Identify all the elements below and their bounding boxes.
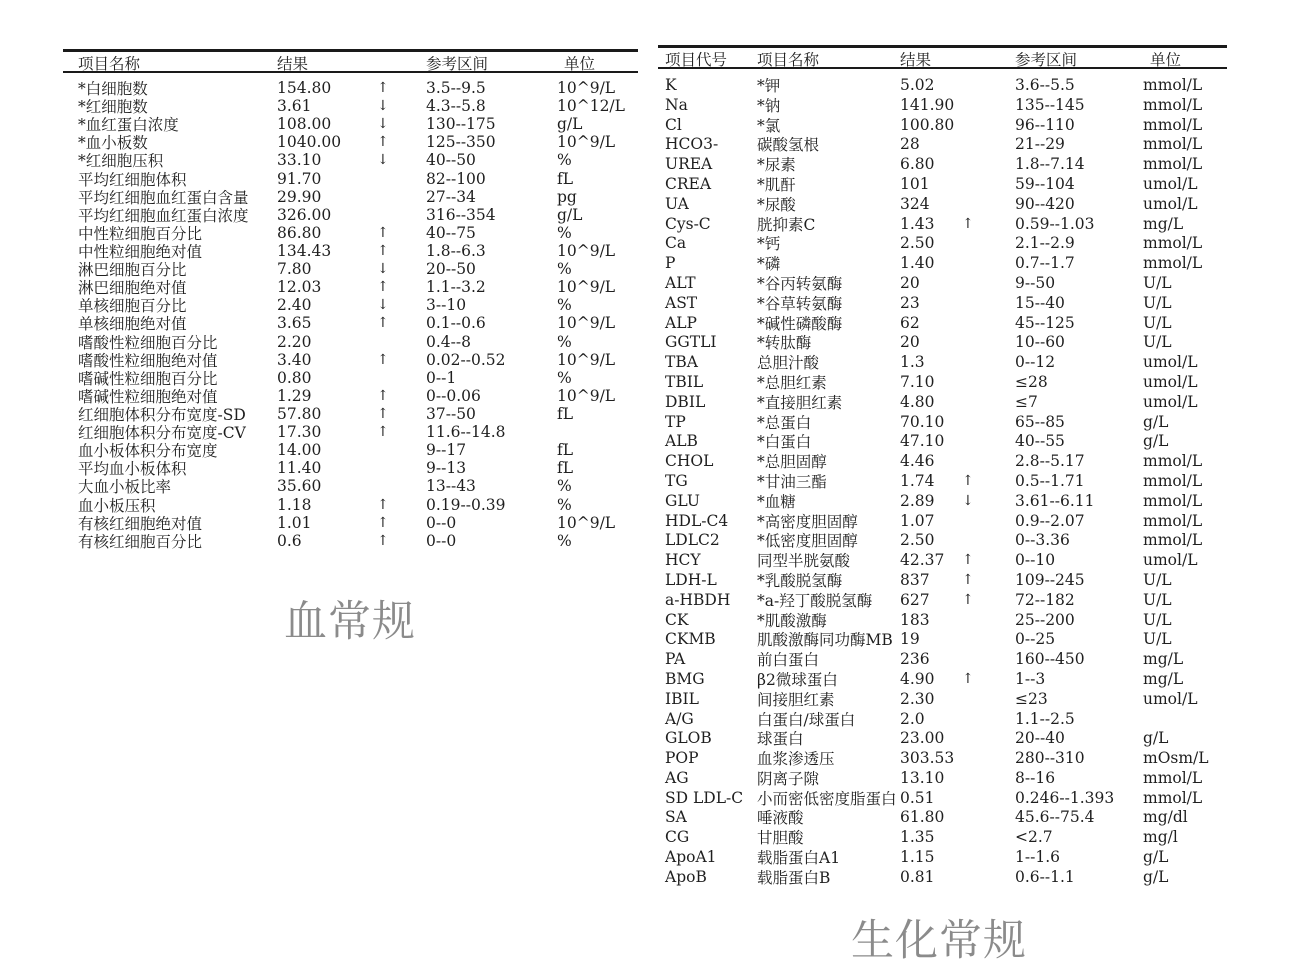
cell-unit: fL [557,405,638,423]
cell-result: 2.50 [900,234,962,252]
cell-name: *肌酸激酶 [757,609,900,631]
cell-range: 45--125 [1015,314,1143,332]
cell-result: 35.60 [277,477,377,495]
cell-flag: ↑ [377,388,426,404]
cell-code: UA [665,195,757,213]
cell-unit: U/L [1143,274,1227,292]
cell-result: 837 [900,571,962,589]
cell-result: 70.10 [900,413,962,431]
table-row: 血小板体积分布宽度14.009--17fL [63,439,638,457]
cbc-section-title: 血常规 [284,599,416,646]
cell-flag: ↑ [377,352,426,368]
cell-range: 20--50 [426,260,557,278]
cell-code: ApoA1 [665,848,757,866]
cell-result: 324 [900,195,962,213]
cell-code: ALP [665,314,757,332]
cell-unit: mmol/L [1143,789,1227,807]
cell-range: 316--354 [426,206,557,224]
cell-result: 627 [900,591,962,609]
cell-range: 8--16 [1015,769,1143,787]
cell-name: *谷丙转氨酶 [757,272,900,294]
header-item-code: 项目代号 [665,48,757,70]
cell-range: 90--420 [1015,195,1143,213]
table-row: *白细胞数154.80↑3.5--9.510^9/L [63,77,638,95]
cell-flag: ↓ [377,152,426,168]
cell-code: AST [665,294,757,312]
cell-unit: mmol/L [1143,135,1227,153]
cell-unit: % [557,151,638,169]
cell-name: *血糖 [757,490,900,512]
cell-unit: 10^9/L [557,278,638,296]
cell-result: 2.0 [900,710,962,728]
cell-result: 183 [900,611,962,629]
cell-unit: umol/L [1143,195,1227,213]
table-row: DBIL*直接胆红素4.80≤7umol/L [658,391,1227,411]
chemistry-section-title: 生化常规 [851,918,1027,965]
cell-range: 1--3 [1015,670,1143,688]
table-row: 有核红细胞百分比0.6↑0--0% [63,530,638,548]
cell-unit: mmol/L [1143,452,1227,470]
table-row: SA唾液酸61.8045.6--75.4mg/dl [658,806,1227,826]
chemistry-table: 项目代号 项目名称 结果 参考区间 单位 K*钾5.023.6--5.5mmol… [658,45,1227,886]
table-row: *红细胞数3.61↓4.3--5.810^12/L [63,95,638,113]
cell-unit: U/L [1143,294,1227,312]
cell-unit: mg/L [1143,670,1227,688]
cell-name: *总胆红素 [757,371,900,393]
cell-name: *碱性磷酸酶 [757,312,900,334]
cell-unit: g/L [1143,729,1227,747]
cell-code: HCY [665,551,757,569]
cell-unit: mmol/L [1143,254,1227,272]
table-row: ApoA1载脂蛋白A11.151--1.6g/L [658,846,1227,866]
cell-result: 33.10 [277,151,377,169]
cell-unit: umol/L [1143,373,1227,391]
cell-unit: 10^9/L [557,314,638,332]
cell-range: 0--10 [1015,551,1143,569]
cell-result: 23.00 [900,729,962,747]
cell-range: 65--85 [1015,413,1143,431]
cell-flag: ↑ [377,406,426,422]
table-row: CREA*肌酐10159--104umol/L [658,173,1227,193]
cell-flag: ↑ [377,497,426,513]
cell-unit: pg [557,188,638,206]
cell-unit: g/L [1143,848,1227,866]
cell-range: 20--40 [1015,729,1143,747]
cell-unit: 10^9/L [557,133,638,151]
cell-unit: umol/L [1143,690,1227,708]
cell-range: 135--145 [1015,96,1143,114]
cell-result: 7.10 [900,373,962,391]
cell-result: 2.30 [900,690,962,708]
cell-name: 间接胆红素 [757,688,900,710]
cell-unit: 10^9/L [557,387,638,405]
cell-unit: mg/L [1143,215,1227,233]
table-row: 平均红细胞体积91.7082--100fL [63,168,638,186]
table-row: CKMB肌酸激酶同功酶MB190--25U/L [658,628,1227,648]
cell-name: 碳酸氢根 [757,133,900,155]
cell-name: 小而密低密度脂蛋白 [757,787,900,809]
cell-result: 1.15 [900,848,962,866]
cell-code: SD LDL-C [665,789,757,807]
cell-name: 甘胆酸 [757,826,900,848]
table-row: Na*钠141.90135--145mmol/L [658,94,1227,114]
cell-flag: ↓ [377,297,426,313]
cell-unit: mmol/L [1143,76,1227,94]
cell-result: 7.80 [277,260,377,278]
cell-flag: ↑ [962,552,1015,568]
cell-unit: % [557,296,638,314]
cell-name: *钠 [757,94,900,116]
cell-flag: ↑ [962,216,1015,232]
cell-unit: fL [557,441,638,459]
cell-name: *白蛋白 [757,430,900,452]
cell-name: *总蛋白 [757,411,900,433]
cell-range: 45.6--75.4 [1015,808,1143,826]
cell-range: 0--25 [1015,630,1143,648]
cell-result: 1.07 [900,512,962,530]
cell-result: 61.80 [900,808,962,826]
table-row: TBA总胆汁酸1.30--12umol/L [658,351,1227,371]
table-row: 中性粒细胞绝对值134.43↑1.8--6.310^9/L [63,240,638,258]
cell-flag: ↑ [377,243,426,259]
table-row: *红细胞压积33.10↓40--50% [63,149,638,167]
table-row: 嗜碱性粒细胞绝对值1.29↑0--0.0610^9/L [63,385,638,403]
cell-unit: mmol/L [1143,234,1227,252]
cell-range: 0.9--2.07 [1015,512,1143,530]
header-ref-range: 参考区间 [426,52,557,74]
cell-range: 40--55 [1015,432,1143,450]
table-row: AST*谷草转氨酶2315--40U/L [658,292,1227,312]
cell-name: *磷 [757,252,900,274]
cell-range: 1.8--7.14 [1015,155,1143,173]
cell-name: *谷草转氨酶 [757,292,900,314]
cell-unit: 10^9/L [557,242,638,260]
cell-name: 有核红细胞百分比 [78,530,277,552]
cell-unit: umol/L [1143,353,1227,371]
cell-result: 141.90 [900,96,962,114]
cbc-table-header: 项目名称 结果 参考区间 单位 [63,49,638,73]
table-row: HDL-C4*高密度胆固醇1.070.9--2.07mmol/L [658,510,1227,530]
cell-range: 40--50 [426,151,557,169]
cell-flag: ↑ [377,279,426,295]
cell-range: 9--17 [426,441,557,459]
cell-range: 3.5--9.5 [426,79,557,97]
cell-name: *乳酸脱氢酶 [757,569,900,591]
cell-result: 12.03 [277,278,377,296]
cell-flag: ↑ [962,671,1015,687]
table-row: 淋巴细胞绝对值12.03↑1.1--3.210^9/L [63,276,638,294]
cell-code: BMG [665,670,757,688]
cell-name: 阴离子隙 [757,767,900,789]
cell-unit: g/L [1143,432,1227,450]
cell-code: CKMB [665,630,757,648]
cell-result: 4.80 [900,393,962,411]
cell-range: 0.4--8 [426,333,557,351]
cell-range: 2.1--2.9 [1015,234,1143,252]
cell-unit: U/L [1143,571,1227,589]
cell-result: 1.01 [277,514,377,532]
cell-result: 1.35 [900,828,962,846]
cell-range: 3--10 [426,296,557,314]
cell-result: 28 [900,135,962,153]
cell-flag: ↑ [377,80,426,96]
cell-range: 0.6--1.1 [1015,868,1143,886]
cell-result: 14.00 [277,441,377,459]
cell-result: 47.10 [900,432,962,450]
cbc-table: 项目名称 结果 参考区间 单位 *白细胞数154.80↑3.5--9.510^9… [63,49,638,548]
cell-result: 6.80 [900,155,962,173]
cell-unit: mmol/L [1143,531,1227,549]
cell-flag: ↑ [962,473,1015,489]
cell-code: GLOB [665,729,757,747]
table-row: GLOB球蛋白23.0020--40g/L [658,727,1227,747]
cell-range: 0.7--1.7 [1015,254,1143,272]
table-row: 红细胞体积分布宽度-SD57.80↑37--50fL [63,403,638,421]
table-row: PA前白蛋白236160--450mg/L [658,648,1227,668]
table-row: TG*甘油三酯1.74↑0.5--1.71mmol/L [658,470,1227,490]
cell-code: P [665,254,757,272]
cell-range: 0--12 [1015,353,1143,371]
cell-unit: mmol/L [1143,472,1227,490]
cell-range: 0--0 [426,532,557,550]
cell-flag: ↑ [962,572,1015,588]
table-row: 单核细胞百分比2.40↓3--10% [63,294,638,312]
cell-range: 130--175 [426,115,557,133]
cell-code: UREA [665,155,757,173]
cell-code: CK [665,611,757,629]
cell-range: 21--29 [1015,135,1143,153]
chemistry-table-rows: K*钾5.023.6--5.5mmol/LNa*钠141.90135--145m… [658,69,1227,886]
cell-result: 154.80 [277,79,377,97]
cell-name: *氯 [757,114,900,136]
cell-result: 11.40 [277,459,377,477]
cell-range: 109--245 [1015,571,1143,589]
table-row: UA*尿酸32490--420umol/L [658,193,1227,213]
cell-unit: umol/L [1143,393,1227,411]
cell-code: CHOL [665,452,757,470]
cell-name: 同型半胱氨酸 [757,549,900,571]
table-row: P*磷1.400.7--1.7mmol/L [658,252,1227,272]
cbc-table-rows: *白细胞数154.80↑3.5--9.510^9/L*红细胞数3.61↓4.3-… [63,73,638,548]
cell-code: a-HBDH [665,591,757,609]
cell-result: 0.51 [900,789,962,807]
table-row: 嗜酸性粒细胞百分比2.200.4--8% [63,331,638,349]
cell-code: TBIL [665,373,757,391]
table-row: HCY同型半胱氨酸42.37↑0--10umol/L [658,549,1227,569]
header-result: 结果 [900,48,962,70]
cell-result: 101 [900,175,962,193]
cell-result: 0.6 [277,532,377,550]
cell-code: HDL-C4 [665,512,757,530]
cell-unit: mg/l [1143,828,1227,846]
cell-code: HCO3- [665,135,757,153]
cell-range: 82--100 [426,170,557,188]
cell-unit: % [557,260,638,278]
cell-code: LDLC2 [665,531,757,549]
cell-unit: mmol/L [1143,116,1227,134]
cell-code: IBIL [665,690,757,708]
cell-range: 1--1.6 [1015,848,1143,866]
cell-flag: ↑ [377,424,426,440]
cell-range: 0--3.36 [1015,531,1143,549]
cell-range: 25--200 [1015,611,1143,629]
table-row: 红细胞体积分布宽度-CV17.30↑11.6--14.8 [63,421,638,439]
table-row: ALT*谷丙转氨酶209--50U/L [658,272,1227,292]
cell-name: *尿素 [757,153,900,175]
cell-range: 72--182 [1015,591,1143,609]
cell-unit: % [557,224,638,242]
cell-flag: ↑ [377,515,426,531]
header-unit: 单位 [1143,48,1227,70]
cell-range: 160--450 [1015,650,1143,668]
table-row: 有核红细胞绝对值1.01↑0--010^9/L [63,512,638,530]
cell-unit: mg/dl [1143,808,1227,826]
table-row: 中性粒细胞百分比86.80↑40--75% [63,222,638,240]
cell-unit: % [557,477,638,495]
cell-range: 9--13 [426,459,557,477]
table-row: *血小板数1040.00↑125--35010^9/L [63,131,638,149]
cell-unit: % [557,496,638,514]
table-row: 淋巴细胞百分比7.80↓20--50% [63,258,638,276]
cell-range: 37--50 [426,405,557,423]
table-row: CHOL*总胆固醇4.462.8--5.17mmol/L [658,450,1227,470]
cell-result: 3.61 [277,97,377,115]
cell-flag: ↑ [377,134,426,150]
table-row: 平均血小板体积11.409--13fL [63,457,638,475]
cell-code: GGTLI [665,333,757,351]
table-row: GGTLI*转肽酶2010--60U/L [658,331,1227,351]
cell-range: 3.61--6.11 [1015,492,1143,510]
table-row: K*钾5.023.6--5.5mmol/L [658,74,1227,94]
cell-result: 108.00 [277,115,377,133]
cell-name: 白蛋白/球蛋白 [757,708,900,730]
cell-range: 1.1--3.2 [426,278,557,296]
table-row: ApoB载脂蛋白B0.810.6--1.1g/L [658,866,1227,886]
cell-range: 0.5--1.71 [1015,472,1143,490]
cell-code: Ca [665,234,757,252]
cell-code: GLU [665,492,757,510]
table-row: ALP*碱性磷酸酶6245--125U/L [658,312,1227,332]
cell-result: 20 [900,333,962,351]
table-row: a-HBDH*a-羟丁酸脱氢酶627↑72--182U/L [658,589,1227,609]
table-row: SD LDL-C小而密低密度脂蛋白0.510.246--1.393mmol/L [658,787,1227,807]
cell-unit: 10^9/L [557,514,638,532]
cell-flag: ↑ [377,533,426,549]
cell-range: 96--110 [1015,116,1143,134]
cell-code: A/G [665,710,757,728]
cell-range: ≤7 [1015,393,1143,411]
cell-unit: U/L [1143,611,1227,629]
cell-range: 280--310 [1015,749,1143,767]
cell-result: 3.40 [277,351,377,369]
cell-name: *转肽酶 [757,331,900,353]
cell-code: Cl [665,116,757,134]
table-row: Cl*氯100.8096--110mmol/L [658,114,1227,134]
cell-result: 1.43 [900,215,962,233]
cell-flag: ↑ [377,225,426,241]
cell-range: 125--350 [426,133,557,151]
cell-result: 0.81 [900,868,962,886]
cell-range: 0.19--0.39 [426,496,557,514]
chemistry-table-header: 项目代号 项目名称 结果 参考区间 单位 [658,45,1227,69]
cell-code: ApoB [665,868,757,886]
cell-flag: ↓ [377,261,426,277]
table-row: 大血小板比率35.6013--43% [63,475,638,493]
cell-name: 前白蛋白 [757,648,900,670]
cell-result: 19 [900,630,962,648]
table-row: 嗜碱性粒细胞百分比0.800--1% [63,367,638,385]
cell-range: 0.246--1.393 [1015,789,1143,807]
table-row: AG阴离子隙13.108--16mmol/L [658,767,1227,787]
cell-result: 57.80 [277,405,377,423]
table-row: 平均红细胞血红蛋白含量29.9027--34pg [63,186,638,204]
cell-unit: 10^12/L [557,97,638,115]
cell-result: 42.37 [900,551,962,569]
cell-name: 载脂蛋白B [757,866,900,888]
table-row: Cys-C胱抑素C1.43↑0.59--1.03mg/L [658,213,1227,233]
cell-unit: mmol/L [1143,155,1227,173]
cell-name: *钾 [757,74,900,96]
cell-result: 1.29 [277,387,377,405]
cell-unit: fL [557,459,638,477]
cell-code: TP [665,413,757,431]
cell-code: Na [665,96,757,114]
cell-range: 0.1--0.6 [426,314,557,332]
cell-unit: U/L [1143,333,1227,351]
cell-code: DBIL [665,393,757,411]
header-item-name: 项目名称 [757,48,900,70]
cell-result: 4.90 [900,670,962,688]
table-row: TBIL*总胆红素7.10≤28umol/L [658,371,1227,391]
table-row: UREA*尿素6.801.8--7.14mmol/L [658,153,1227,173]
cell-name: *a-羟丁酸脱氢酶 [757,589,900,611]
cell-unit: % [557,333,638,351]
cell-result: 303.53 [900,749,962,767]
cell-range: ≤28 [1015,373,1143,391]
cell-range: 27--34 [426,188,557,206]
table-row: LDLC2*低密度胆固醇2.500--3.36mmol/L [658,529,1227,549]
cell-name: 血浆渗透压 [757,747,900,769]
cell-result: 5.02 [900,76,962,94]
cell-flag: ↑ [377,315,426,331]
cell-name: *钙 [757,232,900,254]
cell-name: *甘油三酯 [757,470,900,492]
cell-unit: 10^9/L [557,79,638,97]
cell-result: 29.90 [277,188,377,206]
cell-flag: ↓ [962,493,1015,509]
cell-unit: g/L [557,115,638,133]
table-row: *血红蛋白浓度108.00↓130--175g/L [63,113,638,131]
table-row: TP*总蛋白70.1065--85g/L [658,411,1227,431]
cell-result: 100.80 [900,116,962,134]
cell-result: 3.65 [277,314,377,332]
cell-unit: mmol/L [1143,512,1227,530]
cell-name: *高密度胆固醇 [757,510,900,532]
table-row: 单核细胞绝对值3.65↑0.1--0.610^9/L [63,312,638,330]
cell-range: 59--104 [1015,175,1143,193]
cell-unit: mmol/L [1143,96,1227,114]
header-ref-range: 参考区间 [1015,48,1143,70]
cell-range: 10--60 [1015,333,1143,351]
cell-code: AG [665,769,757,787]
cell-range: 13--43 [426,477,557,495]
cell-result: 1040.00 [277,133,377,151]
cell-code: ALB [665,432,757,450]
cell-result: 20 [900,274,962,292]
table-row: CG甘胆酸1.35<2.7mg/l [658,826,1227,846]
cell-result: 2.89 [900,492,962,510]
cell-range: 0--1 [426,369,557,387]
